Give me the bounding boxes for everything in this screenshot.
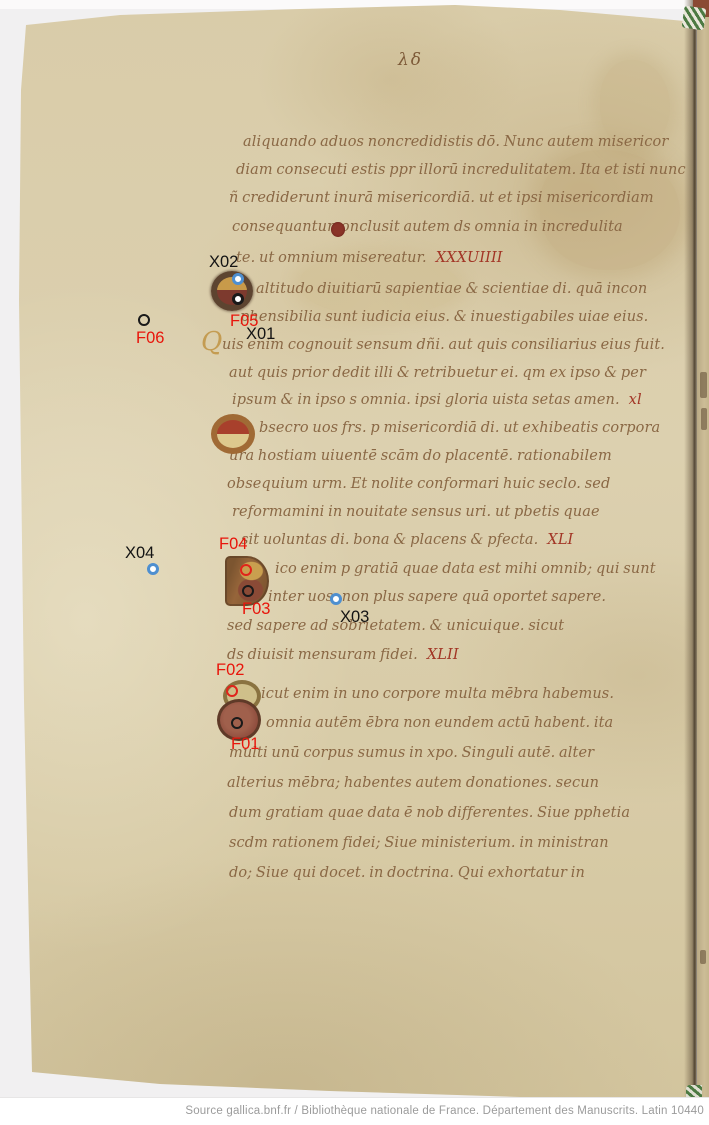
- manuscript-line: dum gratiam quae data ē nob differentes.…: [229, 805, 630, 821]
- headband: [682, 6, 707, 31]
- marker-point-X03: [330, 593, 342, 605]
- manuscript-line: omnia autēm ēbra non eundem actū habent.…: [266, 715, 613, 731]
- manuscript-line: bsecro uos frs. p misericordiā di. ut ex…: [259, 420, 660, 436]
- chapter-number-rubric: XXXUIIII: [436, 250, 503, 266]
- manuscript-line: ds diuisit mensuram fidei.XLII: [227, 647, 459, 663]
- illuminated-initial-Q-quis: Q: [201, 327, 222, 357]
- manuscript-line-text: ipsum & in ipso s omnia. ipsi gloria uis…: [232, 392, 620, 408]
- manuscript-line: scdm rationem fidei; Siue ministerium. i…: [229, 835, 609, 851]
- decorated-initial-C-conclusit: [331, 222, 345, 237]
- manuscript-line: diam consecuti estis ppr illorū incredul…: [236, 162, 686, 178]
- manuscript-line: altitudo diuitiarū sapientiae & scientia…: [256, 281, 647, 297]
- manuscript-line: aut quis prior dedit illi & retribuetur …: [229, 365, 646, 381]
- manuscript-line: phensibilia sunt iudicia eius. & inuesti…: [240, 309, 648, 325]
- marker-label-F04: F04: [219, 536, 247, 553]
- manuscript-line-text: uis enim cognouit sensum dñi. aut quis c…: [222, 337, 665, 353]
- manuscript-line: te. ut omnium misereatur.XXXUIIII: [236, 250, 503, 266]
- manuscript-line: alterius mēbra; habentes autem donatione…: [227, 775, 599, 791]
- manuscript-line: sit uoluntas di. bona & placens & pfecta…: [241, 532, 573, 548]
- marker-ring-F01: [231, 717, 243, 729]
- marker-point-X02: [232, 273, 244, 285]
- manuscript-line: ura hostiam uiuentē scām do placentē. ra…: [229, 448, 612, 464]
- manuscript-line: uis enim cognouit sensum dñi. aut quis c…: [222, 337, 665, 353]
- facing-page-text-mark: [700, 372, 707, 398]
- marker-label-X02: X02: [209, 254, 238, 271]
- manuscript-line-text: bsecro uos frs. p misericordiā di. ut ex…: [259, 420, 660, 436]
- manuscript-line: do; Siue qui docet. in doctrina. Qui exh…: [229, 865, 585, 881]
- marker-ring-F06: [138, 314, 150, 326]
- manuscript-line: ico enim p gratiā quae data est mihi omn…: [275, 561, 656, 577]
- marker-label-F06: F06: [136, 330, 164, 347]
- manuscript-line-text: multi unū corpus sumus in xpo. Singuli a…: [229, 745, 594, 761]
- manuscript-line-text: altitudo diuitiarū sapientiae & scientia…: [256, 281, 647, 297]
- manuscript-line-text: inter uos. non plus sapere quā oportet s…: [268, 589, 606, 605]
- chapter-number-rubric: XLI: [547, 532, 573, 548]
- marker-label-F02: F02: [216, 662, 244, 679]
- manuscript-line: multi unū corpus sumus in xpo. Singuli a…: [229, 745, 594, 761]
- marker-ring-F04: [240, 564, 252, 576]
- manuscript-line-text: ds diuisit mensuram fidei.: [227, 647, 418, 663]
- manuscript-line-text: sit uoluntas di. bona & placens & pfecta…: [241, 532, 538, 548]
- manuscript-line: ñ crediderunt inurā misericordiā. ut et …: [229, 190, 654, 206]
- facing-page-edge: [697, 0, 709, 1100]
- manuscript-line-text: icut enim in uno corpore multa mēbra hab…: [261, 686, 614, 702]
- marker-point-X01: [232, 293, 244, 305]
- facing-page-text-mark: [700, 950, 706, 964]
- manuscript-line-text: te. ut omnium misereatur.: [236, 250, 427, 266]
- manuscript-line-text: sed sapere ad sobrietatem. & unicuique. …: [227, 618, 564, 634]
- manuscript-line: inter uos. non plus sapere quā oportet s…: [268, 589, 606, 605]
- marker-label-X03: X03: [340, 609, 369, 626]
- manuscript-line: icut enim in uno corpore multa mēbra hab…: [261, 686, 614, 702]
- manuscript-line-text: do; Siue qui docet. in doctrina. Qui exh…: [229, 865, 585, 881]
- marker-label-X01: X01: [246, 326, 275, 343]
- manuscript-line-text: omnia autēm ēbra non eundem actū habent.…: [266, 715, 613, 731]
- manuscript-line-text: ñ crediderunt inurā misericordiā. ut et …: [229, 190, 654, 206]
- manuscript-line-text: alterius mēbra; habentes autem donatione…: [227, 775, 599, 791]
- marker-label-X04: X04: [125, 545, 154, 562]
- marker-label-F03: F03: [242, 601, 270, 618]
- marker-point-X04: [147, 563, 159, 575]
- attribution-bar: Source gallica.bnf.fr / Bibliothèque nat…: [0, 1097, 709, 1125]
- marker-label-F01: F01: [231, 736, 259, 753]
- manuscript-line-text: reformamini in nouitate sensus uri. ut p…: [232, 504, 600, 520]
- illuminated-initial-O-obsecro: [211, 414, 255, 454]
- facing-page-text-mark: [701, 408, 707, 430]
- chapter-number-rubric: xl: [629, 392, 642, 408]
- manuscript-line-text: consequantur. onclusit autem ds omnia in…: [232, 219, 623, 235]
- chapter-number-rubric: XLII: [427, 647, 459, 663]
- manuscript-line-text: obsequium urm. Et nolite conformari huic…: [227, 476, 610, 492]
- quire-mark: λδ: [398, 50, 423, 70]
- manuscript-line-text: ura hostiam uiuentē scām do placentē. ra…: [229, 448, 612, 464]
- manuscript-line: reformamini in nouitate sensus uri. ut p…: [232, 504, 600, 520]
- manuscript-line-text: scdm rationem fidei; Siue ministerium. i…: [229, 835, 609, 851]
- manuscript-line: consequantur. onclusit autem ds omnia in…: [232, 219, 623, 235]
- manuscript-line-text: diam consecuti estis ppr illorū incredul…: [236, 162, 686, 178]
- attribution-text: Source gallica.bnf.fr / Bibliothèque nat…: [185, 1105, 704, 1117]
- manuscript-line-text: aliquando aduos noncredidistis dō. Nunc …: [243, 134, 668, 150]
- marker-ring-F02: [226, 685, 238, 697]
- manuscript-line: obsequium urm. Et nolite conformari huic…: [227, 476, 610, 492]
- manuscript-line-text: aut quis prior dedit illi & retribuetur …: [229, 365, 646, 381]
- manuscript-line-text: ico enim p gratiā quae data est mihi omn…: [275, 561, 656, 577]
- manuscript-line: ipsum & in ipso s omnia. ipsi gloria uis…: [232, 392, 642, 408]
- manuscript-line: sed sapere ad sobrietatem. & unicuique. …: [227, 618, 564, 634]
- manuscript-line: aliquando aduos noncredidistis dō. Nunc …: [243, 134, 668, 150]
- marker-ring-F03: [242, 585, 254, 597]
- manuscript-line-text: dum gratiam quae data ē nob differentes.…: [229, 805, 630, 821]
- manuscript-line-text: phensibilia sunt iudicia eius. & inuesti…: [240, 309, 648, 325]
